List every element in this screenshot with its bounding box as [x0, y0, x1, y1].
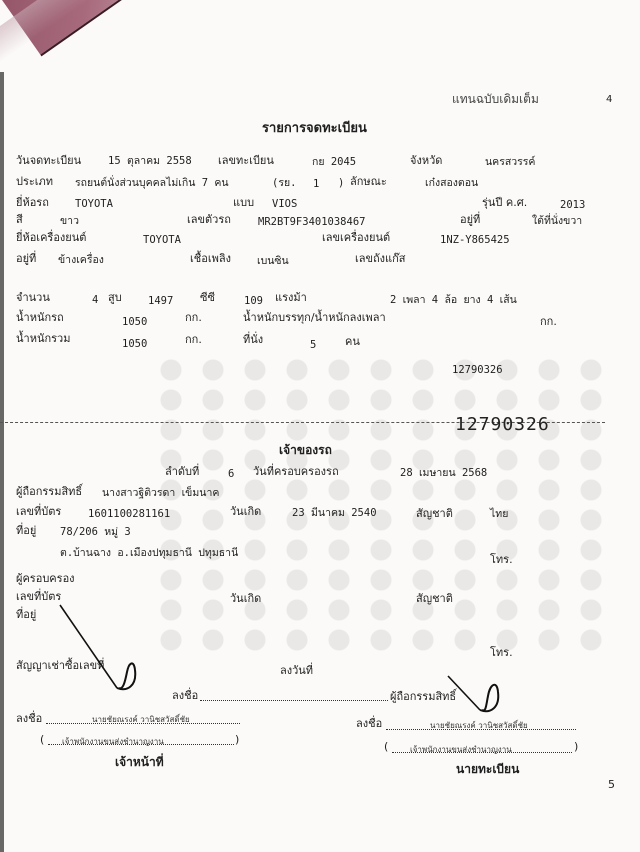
registrar-role: นายทะเบียน: [456, 762, 519, 776]
phone-label: โทร.: [490, 553, 513, 567]
model: VIOS: [272, 197, 297, 211]
ry-value: 1: [313, 177, 319, 191]
holder-sign-role: ผู้ถือกรรมสิทธิ์: [390, 690, 456, 704]
vehicle-weight: 1050: [122, 315, 147, 329]
holder-label: ผู้ถือกรรมสิทธิ์: [16, 485, 82, 499]
replacement-stamp: แทนฉบับเดิมเต็ม: [452, 92, 539, 106]
seats-label: ที่นั่ง: [243, 333, 263, 347]
vehicle-type: รถยนต์นั่งส่วนบุคคลไม่เกิน 7 คน: [75, 176, 229, 190]
page-title: รายการจดทะเบียน: [262, 122, 367, 136]
engine-cc: 1497: [148, 294, 173, 308]
seats: 5: [310, 338, 316, 352]
type-label: ประเภท: [16, 175, 53, 189]
possessor-label: ผู้ครอบครอง: [16, 572, 75, 586]
holder-signature-line[interactable]: [200, 700, 388, 701]
registration-page: แทนฉบับเดิมเต็ม 4 รายการจดทะเบียน วันจดท…: [0, 0, 640, 852]
nationality: ไทย: [490, 507, 508, 521]
holder-name: นางสาวฐิติวรดา เข็มนาค: [102, 486, 219, 500]
lease-date-label: ลงวันที่: [280, 664, 313, 678]
registrar-position: เจ้าพนักงานขนส่งชำนาญงาน: [410, 743, 512, 757]
engine-location: ข้างเครื่อง: [58, 253, 104, 267]
officer-role: เจ้าหน้าที่: [115, 755, 164, 769]
axles-wheels: 2 เพลา 4 ล้อ ยาง 4 เส้น: [390, 293, 517, 307]
gross-weight-unit: กก.: [185, 333, 202, 347]
gross-weight: 1050: [122, 337, 147, 351]
cancel-stroke-left: [55, 600, 155, 700]
engine-brand: TOYOTA: [143, 233, 181, 247]
load-label: น้ำหนักบรรทุก/น้ำหนักลงเพลา: [243, 311, 386, 325]
reg-date-label: วันจดทะเบียน: [16, 154, 81, 168]
possession-date: 28 เมษายน 2568: [400, 466, 487, 480]
owner-order: 6: [228, 467, 234, 481]
id-label: เลขที่บัตร: [16, 505, 61, 519]
engine-brand-label: ยี่ห้อเครื่องยนต์: [16, 231, 86, 245]
holder-sign-label: ลงชื่อ: [172, 689, 198, 703]
officer-close-paren: ): [235, 733, 239, 747]
vin-location-label: อยู่ที่: [460, 213, 480, 227]
perforated-serial: 12790326: [455, 414, 550, 435]
registrar-sign-label: ลงชื่อ: [356, 717, 382, 731]
vin-label: เลขตัวรถ: [187, 213, 231, 227]
body-label: ลักษณะ: [350, 175, 387, 189]
plate-number: กย 2045: [312, 155, 356, 169]
color-label: สี: [16, 213, 23, 227]
registrar-close-paren: ): [574, 740, 578, 754]
vin: MR2BT9F3401038467: [258, 215, 365, 229]
address-line-1: 78/206 หมู่ 3: [60, 525, 131, 539]
year-label: รุ่นปี ค.ศ.: [482, 196, 527, 210]
possessor-phone-label: โทร.: [490, 646, 513, 660]
province-label: จังหวัด: [410, 154, 442, 168]
vin-location: ใต้ที่นั่งขวา: [532, 214, 582, 228]
province: นครสวรรค์: [485, 155, 535, 169]
nationality-label: สัญชาติ: [416, 507, 453, 521]
registrar-name: นายชัยณรงค์ วานิชสวัสดิ์ชัย: [430, 719, 528, 733]
engine-no-label: เลขเครื่องยนต์: [322, 231, 390, 245]
order-label: ลำดับที่: [165, 465, 199, 479]
page-edge: [0, 72, 4, 852]
quantity-label: จำนวน: [16, 291, 50, 305]
cylinders-unit: สูบ: [108, 291, 122, 305]
document-serial: 12790326: [452, 363, 503, 377]
fuel-label: เชื้อเพลิง: [190, 252, 231, 266]
brand: TOYOTA: [75, 197, 113, 211]
load-unit: กก.: [540, 315, 557, 329]
possessor-address-label: ที่อยู่: [16, 608, 36, 622]
security-pattern: [150, 355, 620, 655]
page-number-bottom: 5: [608, 778, 615, 792]
model-label: แบบ: [233, 196, 254, 210]
registrar-open-paren: (: [384, 740, 388, 754]
ry-close: ): [338, 176, 344, 190]
color: ขาว: [60, 214, 79, 228]
engine-location-label: อยู่ที่: [16, 252, 36, 266]
gas-tank-label: เลขถังแก๊ส: [355, 252, 406, 266]
fuel: เบนซิน: [257, 254, 289, 268]
address-label: ที่อยู่: [16, 524, 36, 538]
hp-unit: แรงม้า: [275, 291, 307, 305]
model-year: 2013: [560, 198, 585, 212]
address-line-2: ต.บ้านฉาง อ.เมืองปทุมธานี ปทุมธานี: [60, 546, 238, 560]
id-number: 1601100281161: [88, 507, 170, 521]
horsepower: 109: [244, 294, 263, 308]
page-number-top: 4: [606, 93, 612, 107]
cylinders: 4: [92, 293, 98, 307]
seats-unit: คน: [345, 335, 360, 349]
possessor-dob-label: วันเกิด: [230, 592, 261, 606]
officer-open-paren: (: [40, 733, 44, 747]
possession-date-label: วันที่ครอบครองรถ: [253, 465, 339, 479]
cc-unit: ซีซี: [200, 291, 215, 305]
officer-name: นายชัยณรงค์ วานิชสวัสดิ์ชัย: [92, 713, 190, 727]
plate-label: เลขทะเบียน: [218, 154, 274, 168]
reg-date: 15 ตุลาคม 2558: [108, 154, 192, 168]
brand-label: ยี่ห้อรถ: [16, 196, 49, 210]
weight-label: น้ำหนักรถ: [16, 311, 64, 325]
date-of-birth: 23 มีนาคม 2540: [292, 506, 377, 520]
dob-label: วันเกิด: [230, 505, 261, 519]
gross-weight-label: น้ำหนักรวม: [16, 332, 70, 346]
officer-position: เจ้าพนักงานขนส่งชำนาญงาน: [62, 735, 164, 749]
ry-label: (รย.: [272, 176, 296, 190]
officer-sign-label: ลงชื่อ: [16, 712, 42, 726]
body-style: เก๋งสองตอน: [425, 176, 478, 190]
owner-section-title: เจ้าของรถ: [279, 443, 332, 457]
engine-number: 1NZ-Y865425: [440, 233, 510, 247]
weight-unit: กก.: [185, 311, 202, 325]
possessor-nationality-label: สัญชาติ: [416, 592, 453, 606]
